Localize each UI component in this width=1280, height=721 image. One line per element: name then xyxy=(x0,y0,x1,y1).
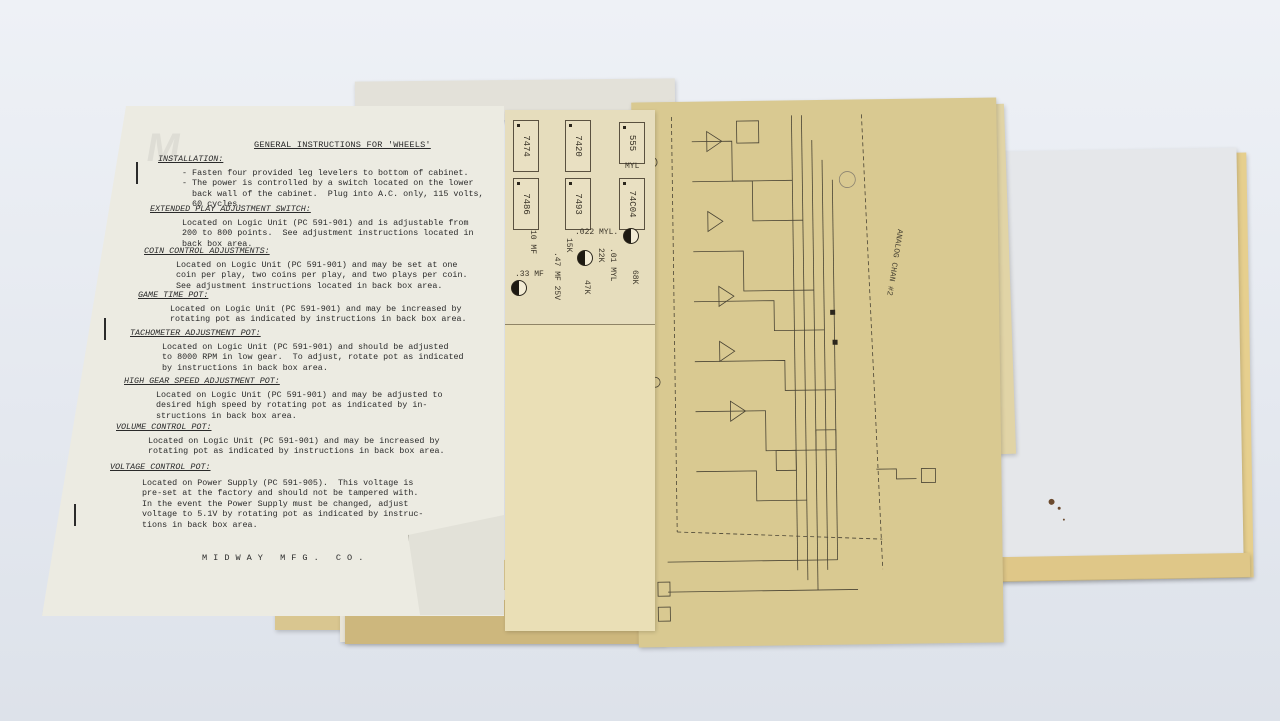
part-label: .33 MF xyxy=(515,270,544,279)
chip-555: 555 xyxy=(619,122,645,164)
part-label: 22K xyxy=(596,248,605,262)
svg-text:ANALOG CHAN #2: ANALOG CHAN #2 xyxy=(884,228,904,296)
stain-mark xyxy=(1049,499,1055,505)
part-label: MYL xyxy=(625,162,639,171)
chip-74c04: 74C04 xyxy=(619,178,645,230)
midway-logo-watermark: M xyxy=(143,126,184,171)
right-sheet-title-strip xyxy=(1000,553,1250,581)
section-heading-volume: VOLUME CONTROL POT: xyxy=(116,422,212,432)
section-body-voltage: Located on Power Supply (PC 591-905). Th… xyxy=(142,478,423,530)
section-heading-game-time: GAME TIME POT: xyxy=(138,290,208,300)
chip-7420: 7420 xyxy=(565,120,591,172)
section-heading-voltage: VOLTAGE CONTROL POT: xyxy=(110,462,211,472)
section-heading-tachometer: TACHOMETER ADJUSTMENT POT: xyxy=(130,328,261,338)
chip-7493: 7493 xyxy=(565,178,591,230)
section-heading-extended-play: EXTENDED PLAY ADJUSTMENT SWITCH: xyxy=(150,204,311,214)
section-body-volume: Located on Logic Unit (PC 591-901) and m… xyxy=(148,436,445,457)
chip-7486: 7486 xyxy=(513,178,539,230)
chip-7474: 7474 xyxy=(513,120,539,172)
staple-mark xyxy=(74,504,76,526)
capacitor-icon xyxy=(577,250,593,266)
section-heading-high-gear: HIGH GEAR SPEED ADJUSTMENT POT: xyxy=(124,376,280,386)
staple-mark xyxy=(136,162,138,184)
part-label: 47K xyxy=(582,280,591,294)
stain-mark xyxy=(1063,519,1065,521)
section-body-extended-play: Located on Logic Unit (PC 591-901) and i… xyxy=(182,218,474,249)
part-label: .022 MYL. xyxy=(575,228,618,237)
capacitor-icon xyxy=(623,228,639,244)
company-name: MIDWAY MFG. CO. xyxy=(202,553,369,563)
capacitor-icon xyxy=(511,280,527,296)
schematic-drawing: ANALOG CHAN #2 xyxy=(631,97,1004,647)
board-sheet-lower-area xyxy=(505,324,655,631)
part-label: 15K xyxy=(564,238,573,252)
part-label: .01 MYL xyxy=(608,248,617,282)
board-layout-sheet: 7474 7420 555 7486 7493 74C04 .022 MYL. … xyxy=(505,110,655,630)
section-body-game-time: Located on Logic Unit (PC 591-901) and m… xyxy=(170,304,467,325)
document-title: GENERAL INSTRUCTIONS FOR 'WHEELS' xyxy=(254,140,431,150)
section-body-high-gear: Located on Logic Unit (PC 591-901) and m… xyxy=(156,390,442,421)
part-label: 68K xyxy=(630,270,639,284)
section-heading-installation: INSTALLATION: xyxy=(158,154,223,164)
schematic-sheet: ANALOG CHAN #2 xyxy=(631,97,1004,647)
section-body-coin-control: Located on Logic Unit (PC 591-901) and m… xyxy=(176,260,468,291)
stain-mark xyxy=(1058,507,1061,510)
part-label: 10 MF xyxy=(528,230,537,254)
section-heading-coin-control: COIN CONTROL ADJUSTMENTS: xyxy=(144,246,270,256)
staple-mark xyxy=(104,318,106,340)
part-label: .47 MF 25V xyxy=(552,252,561,300)
section-body-tachometer: Located on Logic Unit (PC 591-901) and s… xyxy=(162,342,464,373)
